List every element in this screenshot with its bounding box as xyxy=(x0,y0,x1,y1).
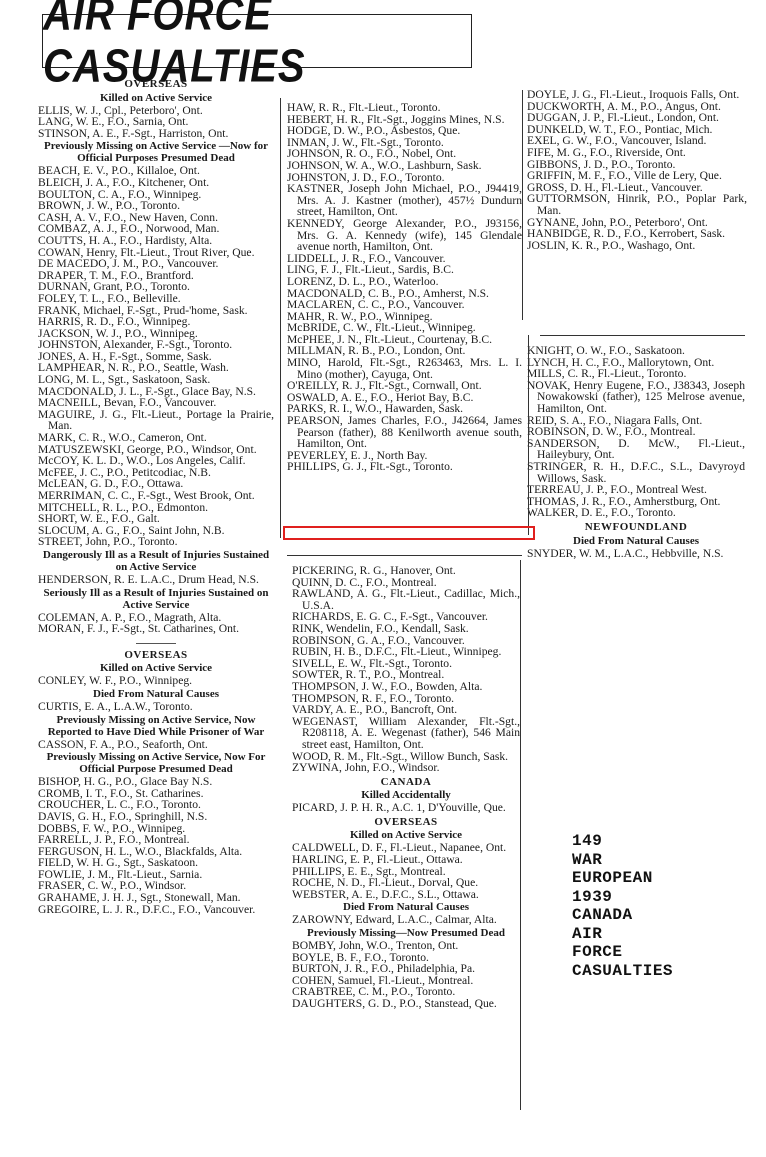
subsection-heading: Killed on Active Service xyxy=(38,92,274,104)
highlight-box xyxy=(283,526,535,540)
casualty-entry: SANDERSON, D. McW., Fl.-Lieut., Haileybu… xyxy=(527,438,745,461)
casualty-entry: FOLEY, T. L., F.O., Belleville. xyxy=(38,293,274,305)
casualty-entry: MINO, Harold, Flt.-Sgt., R263463, Mrs. L… xyxy=(287,357,522,380)
column-rule xyxy=(522,90,523,320)
subsection-heading: Previously Missing on Active Service —No… xyxy=(38,140,274,164)
column-4: DOYLE, J. G., Fl.-Lieut., Iroquois Falls… xyxy=(527,89,747,251)
casualty-entry: HAW, R. R., Flt.-Lieut., Toronto. xyxy=(287,102,522,114)
casualty-entry: GRAHAME, J. H. J., Sgt., Stonewall, Man. xyxy=(38,892,274,904)
stamp-line: AIR xyxy=(572,925,673,944)
casualty-entry: DOYLE, J. G., Fl.-Lieut., Iroquois Falls… xyxy=(527,89,747,101)
column-rule xyxy=(520,560,521,1110)
casualty-entry: TERREAU, J. P., F.O., Montreal West. xyxy=(527,484,745,496)
stamp-line: FORCE xyxy=(572,943,673,962)
casualty-entry: JOSLIN, K. R., P.O., Washago, Ont. xyxy=(527,240,747,252)
casualty-entry: FIFE, M. G., F.O., Riverside, Ont. xyxy=(527,147,747,159)
subsection-heading: Died From Natural Causes xyxy=(292,901,520,913)
column-rule xyxy=(528,335,529,535)
casualty-entry: HANBIDGE, R. D., F.O., Kerrobert, Sask. xyxy=(527,228,747,240)
subsection-heading: Seriously Ill as a Result of Injuries Su… xyxy=(38,587,274,611)
stamp-line: CASUALTIES xyxy=(572,962,673,981)
casualty-entry: GREGOIRE, L. J. R., D.F.C., F.O., Vancou… xyxy=(38,904,274,916)
casualty-entry: LONG, M. L., Sgt., Saskatoon, Sask. xyxy=(38,374,274,386)
casualty-entry: BROWN, J. W., P.O., Toronto. xyxy=(38,200,274,212)
casualty-entry: COUTTS, H. A., F.O., Hardisty, Alta. xyxy=(38,235,274,247)
stamp-line: CANADA xyxy=(572,906,673,925)
casualty-entry: NOVAK, Henry Eugene, F.O., J38343, Josep… xyxy=(527,380,745,415)
casualty-entry: MACLAREN, C. C., P.O., Vancouver. xyxy=(287,299,522,311)
column-rule xyxy=(287,555,522,556)
casualty-entry: RAWLAND, A. G., Flt.-Lieut., Cadillac, M… xyxy=(292,588,520,611)
casualty-entry: STREET, John, P.O., Toronto. xyxy=(38,536,274,548)
column-3: PICKERING, R. G., Hanover, Ont.QUINN, D.… xyxy=(292,565,520,1010)
section-heading: OVERSEAS xyxy=(292,817,520,829)
casualty-entry: CURTIS, E. A., L.A.W., Toronto. xyxy=(38,701,274,713)
subsection-heading: Died From Natural Causes xyxy=(38,688,274,700)
casualty-entry: MERRIMAN, C. C., F.-Sgt., West Brook, On… xyxy=(38,490,274,502)
subsection-heading: Previously Missing—Now Presumed Dead xyxy=(292,927,520,939)
subsection-heading: Previously Missing on Active Service, No… xyxy=(38,714,274,738)
stamp-line: 149 xyxy=(572,832,673,851)
casualty-entry: FARRELL, J. P., F.O., Montreal. xyxy=(38,834,274,846)
column-rule xyxy=(540,335,745,336)
section-heading: CANADA xyxy=(292,777,520,789)
casualty-entry: CONLEY, W. F., P.O., Winnipeg. xyxy=(38,675,274,687)
column-5: KNIGHT, O. W., F.O., Saskatoon.LYNCH, H.… xyxy=(527,345,745,559)
casualty-entry: PICARD, J. P. H. R., A.C. 1, D'Youville,… xyxy=(292,802,520,814)
casualty-entry: BOMBY, John, W.O., Trenton, Ont. xyxy=(292,940,520,952)
casualty-entry: MARK, C. R., W.O., Cameron, Ont. xyxy=(38,432,274,444)
casualty-entry: RINK, Wendelin, F.O., Kendall, Sask. xyxy=(292,623,520,635)
separator xyxy=(136,643,176,644)
casualty-entry: RUBIN, H. B., D.F.C., Flt.-Lieut., Winni… xyxy=(292,646,520,658)
section-heading: OVERSEAS xyxy=(38,650,274,662)
casualty-entry: DAUGHTERS, G. D., P.O., Stanstead, Que. xyxy=(292,998,520,1010)
casualty-entry: ZYWINA, John, F.O., Windsor. xyxy=(292,762,520,774)
archive-stamp: 149WAREUROPEAN1939CANADAAIRFORCECASUALTI… xyxy=(572,832,673,980)
casualty-entry: DAVIS, G. H., F.O., Springhill, N.S. xyxy=(38,811,274,823)
casualty-entry: PEARSON, James Charles, F.O., J42664, Ja… xyxy=(287,415,522,450)
casualty-entry: KENNEDY, George Alexander, P.O., J93156,… xyxy=(287,218,522,253)
casualty-entry: MAGUIRE, J. G., Flt.-Lieut., Portage la … xyxy=(38,409,274,432)
casualty-entry: GUTTORMSON, Hinrik, P.O., Poplar Park, M… xyxy=(527,193,747,216)
casualty-entry: SNYDER, W. M., L.A.C., Hebbville, N.S. xyxy=(527,548,745,560)
casualty-entry: BISHOP, H. G., P.O., Glace Bay N.S. xyxy=(38,776,274,788)
casualty-entry: STRINGER, R. H., D.F.C., S.L., Davyroyd … xyxy=(527,461,745,484)
casualty-entry: MORAN, F. J., F.-Sgt., St. Catharines, O… xyxy=(38,623,274,635)
casualty-entry: BLEICH, J. A., F.O., Kitchener, Ont. xyxy=(38,177,274,189)
casualty-entry: KASTNER, Joseph John Michael, P.O., J944… xyxy=(287,183,522,218)
casualty-entry: ZAROWNY, Edward, L.A.C., Calmar, Alta. xyxy=(292,914,520,926)
subsection-heading: Previously Missing on Active Service, No… xyxy=(38,751,274,775)
casualty-entry: GRIFFIN, M. F., F.O., Ville de Lery, Que… xyxy=(527,170,747,182)
stamp-line: EUROPEAN xyxy=(572,869,673,888)
casualty-entry: PHILLIPS, G. J., Flt.-Sgt., Toronto. xyxy=(287,461,522,473)
casualty-entry: THOMPSON, J. W., F.O., Bowden, Alta. xyxy=(292,681,520,693)
column-2: HAW, R. R., Flt.-Lieut., Toronto.HEBERT,… xyxy=(287,102,522,473)
casualty-entry: WALKER, D. E., F.O., Toronto. xyxy=(527,507,745,519)
casualty-entry: VARDY, A. E., P.O., Bancroft, Ont. xyxy=(292,704,520,716)
casualty-entry: KNIGHT, O. W., F.O., Saskatoon. xyxy=(527,345,745,357)
subsection-heading: Killed on Active Service xyxy=(292,829,520,841)
subsection-heading: Died From Natural Causes xyxy=(527,535,745,547)
stamp-line: WAR xyxy=(572,851,673,870)
casualty-entry: LORENZ, D. L., P.O., Waterloo. xyxy=(287,276,522,288)
casualty-entry: JOHNSON, W. A., W.O., Lashburn, Sask. xyxy=(287,160,522,172)
casualty-entry: HENDERSON, R. E. L.A.C., Drum Head, N.S. xyxy=(38,574,274,586)
casualty-entry: PICKERING, R. G., Hanover, Ont. xyxy=(292,565,520,577)
subsection-heading: Killed on Active Service xyxy=(38,662,274,674)
casualty-entry: ROBINSON, D. W., F.O., Montreal. xyxy=(527,426,745,438)
section-heading: OVERSEAS xyxy=(38,79,274,91)
stamp-line: 1939 xyxy=(572,888,673,907)
section-heading: NEWFOUNDLAND xyxy=(527,522,745,534)
casualty-entry: WEGENAST, William Alexander, Flt.-Sgt., … xyxy=(292,716,520,751)
casualty-entry: CASSON, F. A., P.O., Seaforth, Ont. xyxy=(38,739,274,751)
casualty-entry: HARRIS, R. D., F.O., Winnipeg. xyxy=(38,316,274,328)
headline-box: AIR FORCE CASUALTIES xyxy=(42,14,472,68)
casualty-entry: STINSON, A. E., F.-Sgt., Harriston, Ont. xyxy=(38,128,274,140)
casualty-entry: WEBSTER, A. E., D.F.C., S.L., Ottawa. xyxy=(292,889,520,901)
casualty-entry: DE MACEDO, J. M., P.O., Vancouver. xyxy=(38,258,274,270)
subsection-heading: Killed Accidentally xyxy=(292,789,520,801)
subsection-heading: Dangerously Ill as a Result of Injuries … xyxy=(38,549,274,573)
casualty-entry: HARLING, E. P., Fl.-Lieut., Ottawa. xyxy=(292,854,520,866)
column-1: OVERSEASKilled on Active ServiceELLIS, W… xyxy=(38,76,274,915)
column-rule xyxy=(280,98,281,538)
